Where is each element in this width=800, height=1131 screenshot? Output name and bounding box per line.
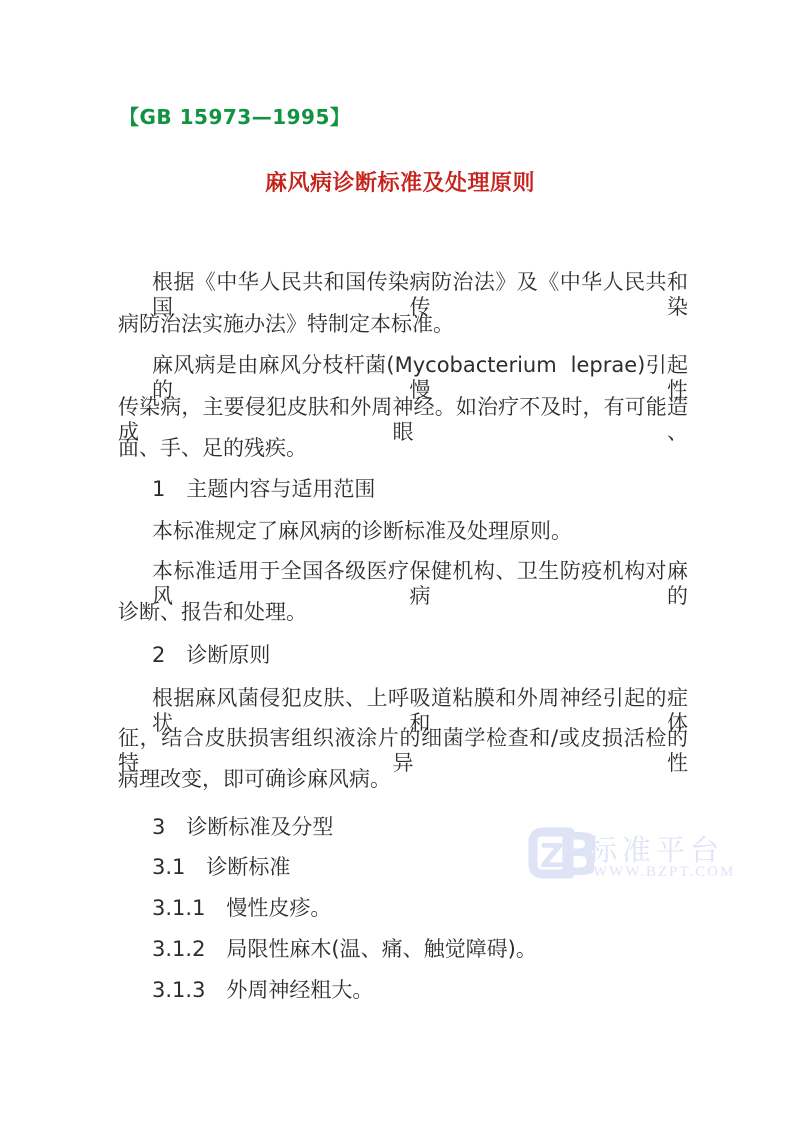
document-body: 根据《中华人民共和国传染病防治法》及《中华人民共和国传染 病防治法实施办法》特制… [118,0,688,1131]
doc-section-heading: 3.1 诊断标准 [118,855,688,880]
doc-line: 3.1.1 慢性皮疹。 [118,896,688,921]
doc-line: 3.1.2 局限性麻木(温、痛、触觉障碍)。 [118,937,688,962]
doc-line: 诊断、报告和处理。 [118,600,688,625]
doc-line: 病防治法实施办法》特制定本标准。 [118,312,688,337]
doc-section-heading: 3 诊断标准及分型 [118,815,688,840]
doc-line: 3.1.3 外周神经粗大。 [118,978,688,1003]
document-page: 【GB 15973—1995】 麻风病诊断标准及处理原则 Z B 标准平台 WW… [0,0,800,1131]
doc-line: 面、手、足的残疾。 [118,436,688,461]
doc-line: 病理改变，即可确诊麻风病。 [118,767,688,792]
doc-section-heading: 1 主题内容与适用范围 [118,477,688,502]
doc-line: 本标准规定了麻风病的诊断标准及处理原则。 [118,519,688,544]
doc-section-heading: 2 诊断原则 [118,643,688,668]
